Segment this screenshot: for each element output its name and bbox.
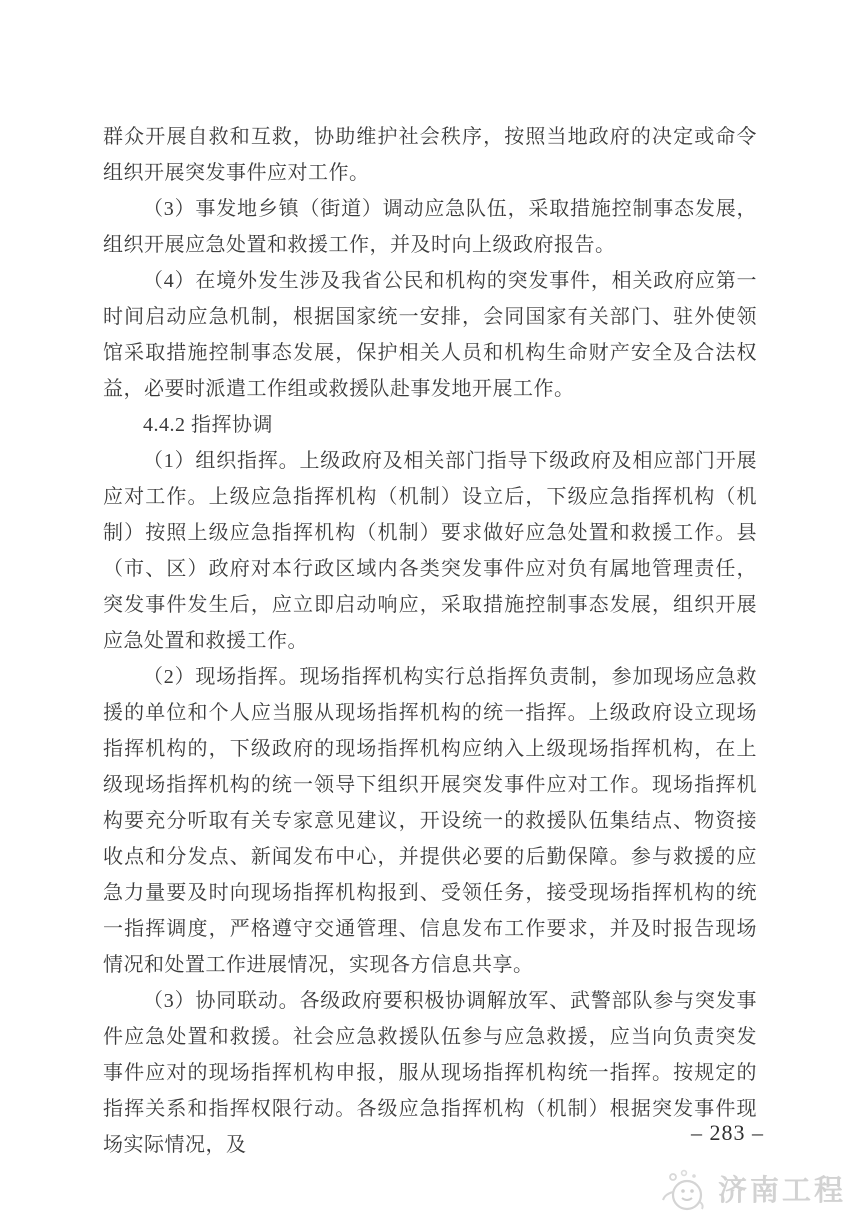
- document-page: 群众开展自救和互救，协助维护社会秩序，按照当地政府的决定或命令组织开展突发事件应…: [0, 0, 856, 1225]
- cartoon-face-logo-icon: [660, 1168, 710, 1214]
- paragraph: 群众开展自救和互救，协助维护社会秩序，按照当地政府的决定或命令组织开展突发事件应…: [103, 119, 757, 191]
- paragraph: （2）现场指挥。现场指挥机构实行总指挥负责制，参加现场应急救援的单位和个人应当服…: [103, 659, 757, 983]
- section-heading: 4.4.2 指挥协调: [103, 407, 757, 443]
- document-body: 群众开展自救和互救，协助维护社会秩序，按照当地政府的决定或命令组织开展突发事件应…: [103, 119, 757, 1163]
- watermark: 济南工程: [660, 1168, 846, 1214]
- watermark-text: 济南工程: [718, 1168, 846, 1214]
- paragraph: （3）协同联动。各级政府要积极协调解放军、武警部队参与突发事件应急处置和救援。社…: [103, 983, 757, 1163]
- page-number: – 283 –: [691, 1119, 764, 1147]
- paragraph: （1）组织指挥。上级政府及相关部门指导下级政府及相应部门开展应对工作。上级应急指…: [103, 443, 757, 659]
- paragraph: （4）在境外发生涉及我省公民和机构的突发事件，相关政府应第一时间启动应急机制，根…: [103, 263, 757, 407]
- paragraph: （3）事发地乡镇（街道）调动应急队伍，采取措施控制事态发展，组织开展应急处置和救…: [103, 191, 757, 263]
